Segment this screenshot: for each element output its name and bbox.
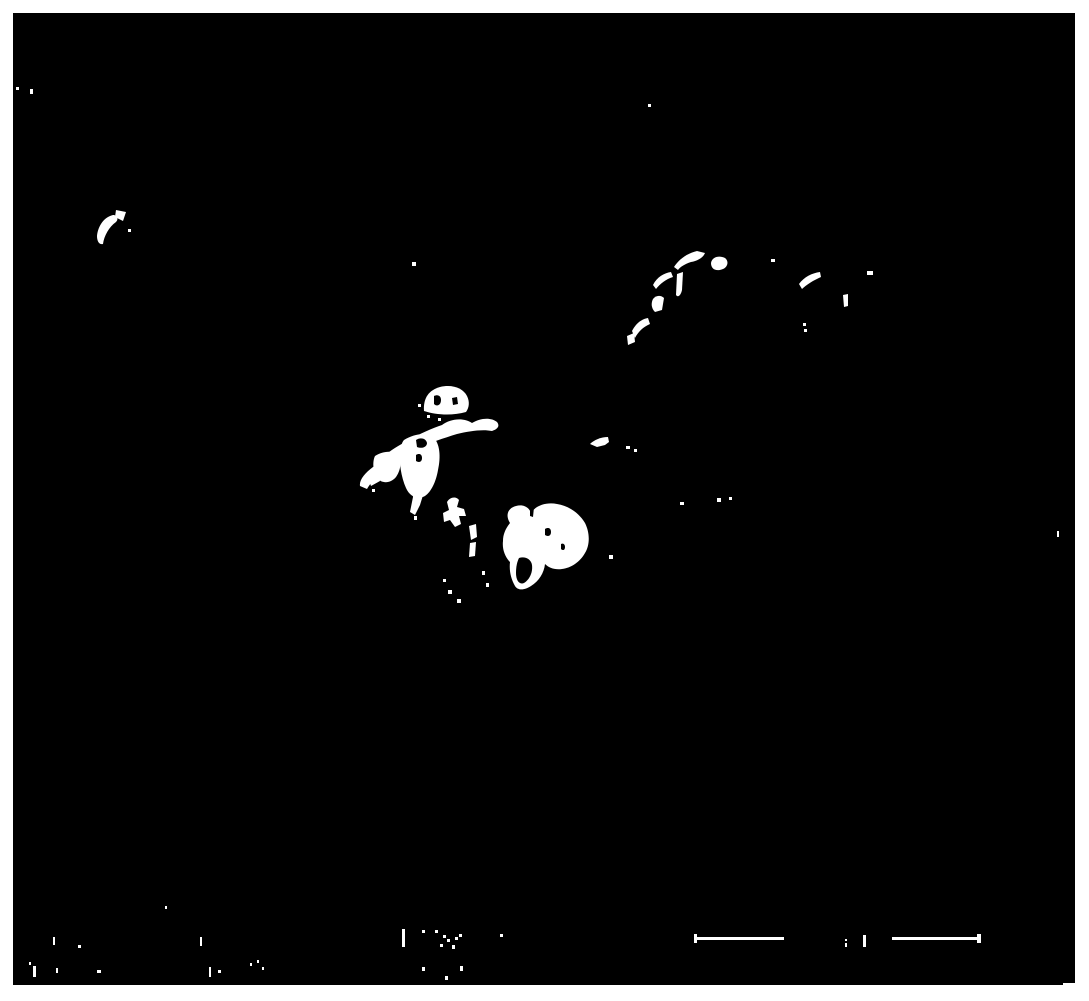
particle-speck (459, 934, 462, 937)
particle-speck (16, 87, 19, 90)
particle-speck (452, 945, 455, 949)
scale-bar-end-tick (977, 934, 981, 943)
particle-speck (500, 934, 503, 937)
scale-bar-end-tick (694, 934, 697, 943)
particle-speck (867, 271, 873, 275)
particle-speck (422, 930, 425, 933)
particle-speck (680, 502, 684, 505)
particle-speck (729, 497, 732, 500)
particle-speck (372, 489, 375, 492)
sem-micrograph-image (0, 0, 1089, 1001)
particle-speck (97, 970, 101, 973)
particle-speck (443, 935, 446, 938)
particle-speck (78, 945, 81, 948)
particle-speck (209, 967, 211, 977)
particle-speck (448, 590, 452, 594)
particle-speck (422, 967, 425, 971)
particle-speck (435, 930, 438, 933)
particle-speck (482, 571, 485, 575)
particle-speck (257, 960, 259, 963)
particle-speck (262, 967, 264, 970)
particle-speck (460, 966, 463, 971)
particle-speck (438, 418, 441, 421)
particle-speck (418, 404, 421, 407)
particle-speck (412, 262, 416, 266)
dome-hole-right (452, 397, 458, 405)
scale-bar-label-fragment (863, 935, 866, 947)
particle-speck (200, 937, 202, 946)
mass-hole (416, 454, 422, 462)
particle-speck (30, 89, 33, 94)
scale-bar-segment (892, 937, 980, 940)
particle-speck (427, 415, 430, 418)
particle-speck (414, 516, 417, 520)
particle-speck (440, 944, 443, 947)
particle-speck (457, 599, 461, 603)
particle-speck (56, 968, 58, 973)
particle-speck (455, 937, 458, 940)
sphere-hole-upper (545, 528, 551, 536)
scale-bar-segment (695, 937, 784, 940)
particle-speck (803, 323, 806, 326)
particle-speck (771, 259, 775, 262)
particle-speck (804, 329, 807, 332)
particle-speck (648, 104, 651, 107)
particle-speck (402, 929, 405, 947)
particle-speck (486, 583, 489, 587)
scale-bar-label-fragment (845, 939, 847, 941)
micrograph-frame (13, 13, 1075, 985)
particle-speck (53, 937, 55, 945)
page (0, 0, 1089, 1001)
scale-bar-label-fragment (845, 943, 847, 947)
particle-speck (1063, 983, 1076, 986)
particle-speck (626, 446, 630, 449)
particle-speck (218, 970, 221, 973)
particle-speck (1057, 531, 1059, 537)
central-column-fragment-2 (469, 542, 476, 557)
particle-speck (128, 229, 131, 232)
particle-speck (250, 963, 252, 966)
particle-speck (443, 579, 446, 582)
particle-speck (445, 976, 448, 980)
particle-speck (634, 449, 637, 452)
particle-speck (447, 939, 450, 942)
particle-speck (165, 906, 167, 909)
particle-speck (29, 962, 31, 965)
particle-speck (717, 498, 721, 502)
particle-speck (33, 966, 36, 977)
particle-speck (609, 555, 613, 559)
